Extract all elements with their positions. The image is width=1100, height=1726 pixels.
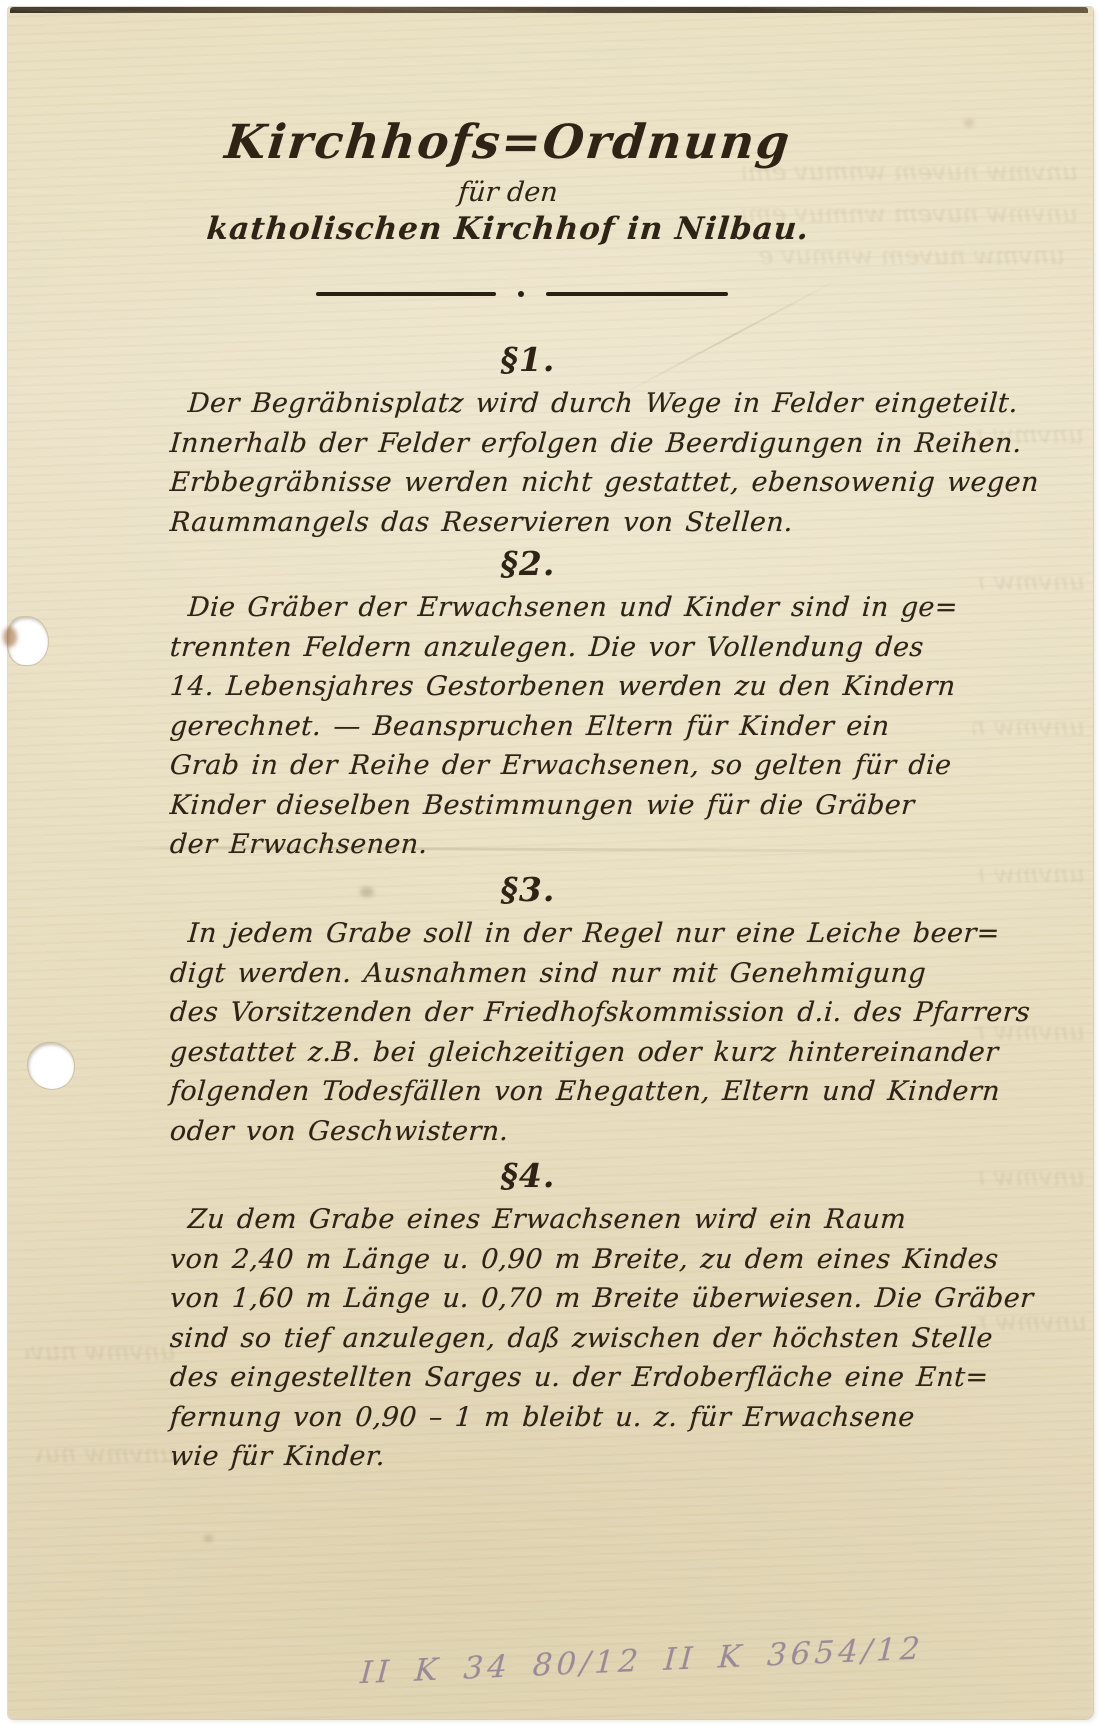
title-block: Kirchhofs=Ordnung für den katholischen K… [8,115,1008,247]
manuscript-line: Erbbegräbnisse werden nicht gestattet, e… [169,463,990,503]
manuscript-line: folgenden Todesfällen von Ehegatten, Elt… [169,1072,990,1112]
manuscript-line: Innerhalb der Felder erfolgen die Beerdi… [169,424,990,464]
manuscript-paper: unvmw nuvem wnmuv emnuw vmnue wmvnu nuve… [8,7,1093,1719]
punch-hole [8,617,48,665]
manuscript-line: des Vorsitzenden der Friedhofskommission… [169,993,990,1033]
ghost-bleedthrough: unvmw nuvem wnmuv emnuw vmnue wmvnu nuve… [26,1337,176,1366]
page-subtitle-place: katholischen Kirchhof in Nilbau. [6,211,1009,247]
manuscript-line: Die Gräber der Erwachsenen und Kinder si… [169,588,990,628]
foxing-spot [204,1535,213,1542]
archival-note: II K 34 80/12 II K 3654/12 [359,1631,925,1692]
manuscript-line: von 1,60 m Länge u. 0,70 m Breite überwi… [169,1279,990,1319]
ghost-bleedthrough: unvmw nuvem wnmuv emnuw vmnue wmvnu nuve… [36,1439,176,1468]
manuscript-line: von 2,40 m Länge u. 0,90 m Breite, zu de… [169,1240,990,1280]
manuscript-line: 14. Lebensjahres Gestorbenen werden zu d… [169,667,990,707]
manuscript-line: wie für Kinder. [169,1437,990,1477]
section-paragraph: In jedem Grabe soll in der Regel nur ein… [170,914,988,1151]
scanned-document-page: { "page": { "background_color": "#ffffff… [0,0,1100,1726]
section-paragraph: Zu dem Grabe eines Erwachsenen wird ein … [170,1200,988,1477]
page-subtitle: für den [7,177,1010,208]
manuscript-line: des eingestellten Sarges u. der Erdoberf… [169,1358,990,1398]
manuscript-line: oder von Geschwistern. [169,1112,990,1152]
ghost-bleedthrough: unvmw nuvem wnmuv emnuw vmnue wmvnu nuve… [973,712,1085,741]
manuscript-line: Kinder dieselben Bestimmungen wie für di… [169,786,990,826]
manuscript-line: Grab in der Reihe der Erwachsenen, so ge… [169,746,990,786]
manuscript-line: der Erwachsenen. [169,825,990,865]
manuscript-line: sind so tief anzulegen, daß zwischen der… [169,1319,990,1359]
manuscript-line: Raummangels das Reservieren von Stellen. [169,503,990,543]
manuscript-line: In jedem Grabe soll in der Regel nur ein… [169,914,990,954]
manuscript-line: gestattet z.B. bei gleichzeitigen oder k… [169,1033,990,1073]
punch-hole [28,1043,74,1089]
rule-segment [546,292,728,296]
section-paragraph: Die Gräber der Erwachsenen und Kinder si… [170,588,988,865]
manuscript-line: Der Begräbnisplatz wird durch Wege in Fe… [169,384,990,424]
manuscript-line: gerechnet. — Beanspruchen Eltern für Kin… [169,707,990,747]
section-heading: §2. [8,544,1048,583]
rule-dot [518,291,524,297]
section-heading: §3. [8,870,1048,909]
section-heading: §4. [8,1156,1048,1195]
section-heading: §1. [8,340,1048,379]
title-rule [316,291,728,297]
manuscript-line: trennten Feldern anzulegen. Die vor Voll… [169,628,990,668]
page-title: Kirchhofs=Ordnung [5,115,1011,170]
manuscript-line: Zu dem Grabe eines Erwachsenen wird ein … [169,1200,990,1240]
manuscript-line: digt werden. Ausnahmen sind nur mit Gene… [169,954,990,994]
rule-segment [316,292,496,296]
manuscript-line: fernung von 0,90 – 1 m bleibt u. z. für … [169,1398,990,1438]
section-paragraph: Der Begräbnisplatz wird durch Wege in Fe… [170,384,988,542]
